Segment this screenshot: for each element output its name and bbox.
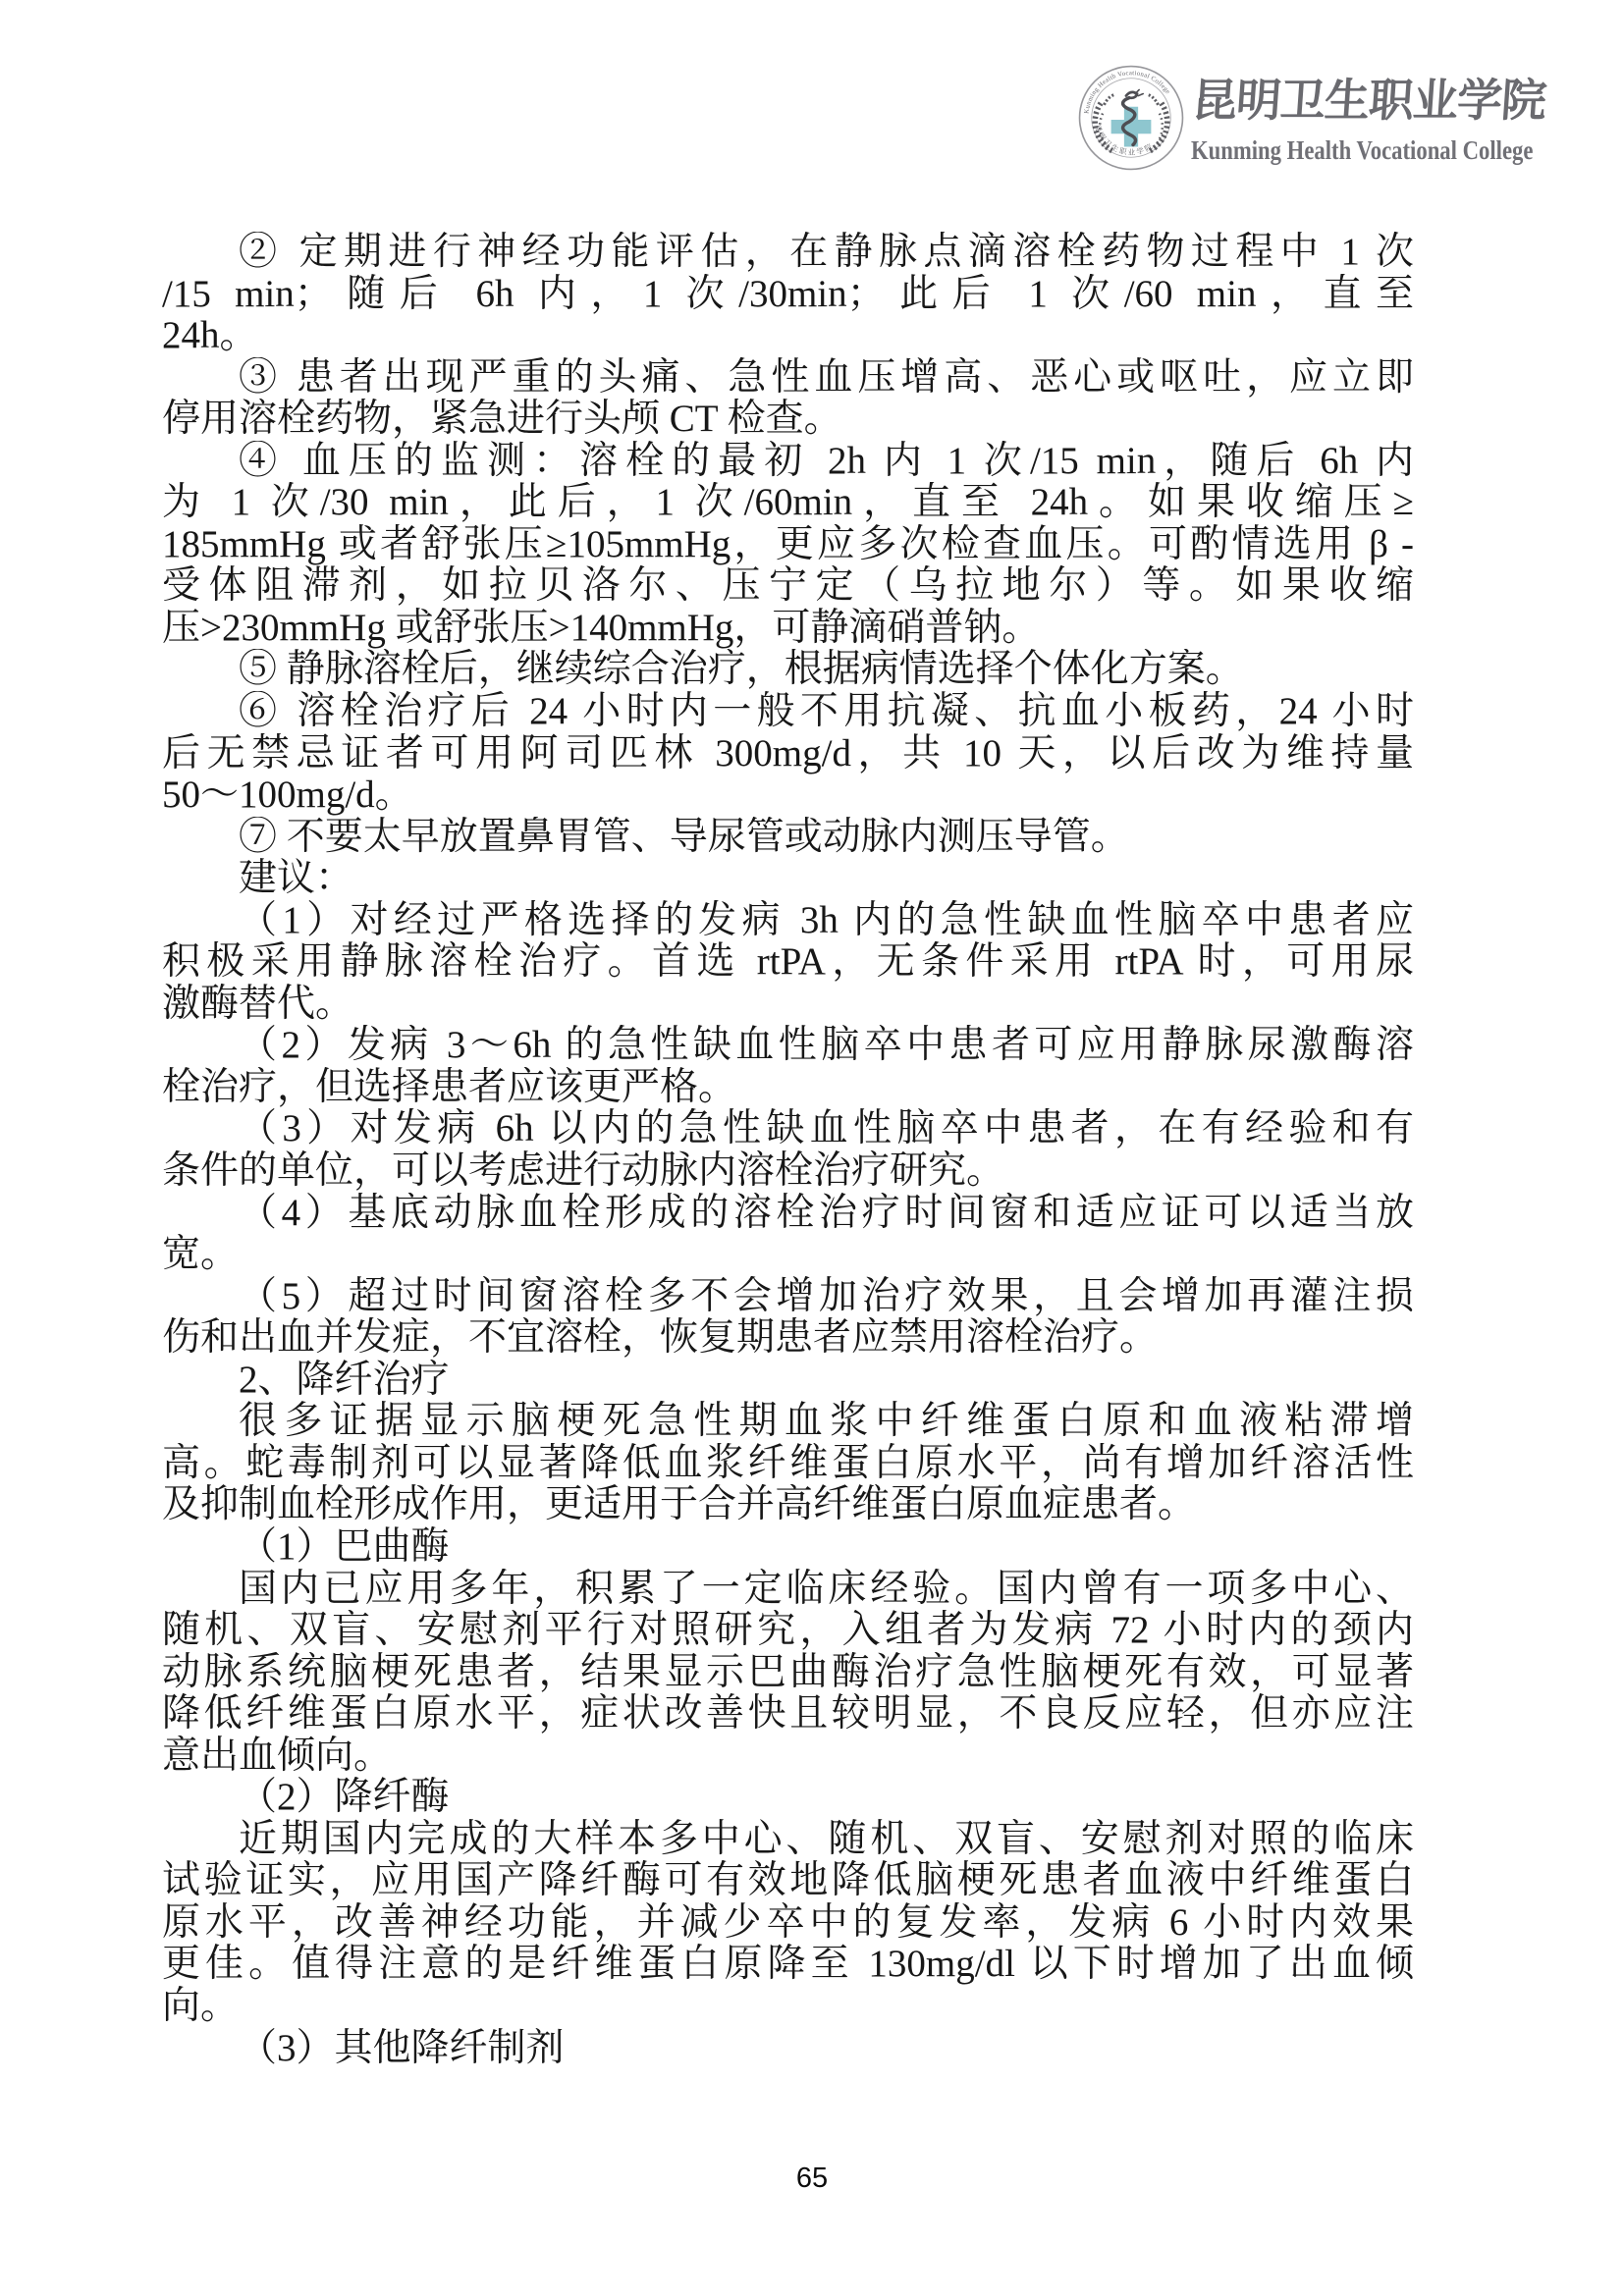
page-number: 65 <box>0 2163 1624 2195</box>
document-page: Kunming Health Vocational College 昆明卫生职业… <box>0 0 1624 2296</box>
text-line: ⑦ 不要太早放置鼻胃管、导尿管或动脉内测压导管。 <box>162 817 1414 859</box>
text-line: 高。蛇毒制剂可以显著降低血浆纤维蛋白原水平，尚有增加纤溶活性 <box>162 1443 1414 1485</box>
text-line: ② 定期进行神经功能评估，在静脉点滴溶栓药物过程中 1 次 <box>162 232 1414 274</box>
text-line: 宽。 <box>162 1234 1414 1276</box>
text-line: 建议： <box>162 858 1414 900</box>
text-line: 伤和出血并发症，不宜溶栓，恢复期患者应禁用溶栓治疗。 <box>162 1317 1414 1360</box>
text-line: 栓治疗，但选择患者应该更严格。 <box>162 1067 1414 1109</box>
text-line: 更佳。值得注意的是纤维蛋白原降至 130mg/dl 以下时增加了出血倾 <box>162 1944 1414 1986</box>
text-line: 后无禁忌证者可用阿司匹林 300mg/d，共 10 天，以后改为维持量 <box>162 733 1414 775</box>
text-line: 意出血倾向。 <box>162 1735 1414 1778</box>
text-line: 为 1 次/30 min，此后，1 次/60min，直至 24h。如果收缩压≥ <box>162 482 1414 524</box>
college-name-english: Kunming Health Vocational College <box>1191 133 1533 167</box>
text-block: ② 定期进行神经功能评估，在静脉点滴溶栓药物过程中 1 次/15 min；随后 … <box>162 232 1414 2069</box>
text-line: 2、降纤治疗 <box>162 1360 1414 1402</box>
college-logo: Kunming Health Vocational College 昆明卫生职业… <box>1078 65 1184 171</box>
text-line: 向。 <box>162 1986 1414 2028</box>
text-line: 50～100mg/d。 <box>162 774 1414 817</box>
college-name-chinese: 昆明卫生职业学院 <box>1190 73 1547 132</box>
text-line: ④ 血压的监测：溶栓的最初 2h 内 1 次/15 min，随后 6h 内 <box>162 441 1414 483</box>
text-line: 国内已应用多年，积累了一定临床经验。国内曾有一项多中心、 <box>162 1569 1414 1611</box>
text-line: 试验证实，应用国产降纤酶可有效地降低脑梗死患者血液中纤维蛋白 <box>162 1860 1414 1902</box>
text-line: （4）基底动脉血栓形成的溶栓治疗时间窗和适应证可以适当放 <box>162 1193 1414 1235</box>
text-line: （2）发病 3～6h 的急性缺血性脑卒中患者可应用静脉尿激酶溶 <box>162 1025 1414 1067</box>
text-line: 185mmHg 或者舒张压≥105mmHg，更应多次检查血压。可酌情选用 β - <box>162 524 1414 566</box>
text-line: （3）对发病 6h 以内的急性缺血性脑卒中患者，在有经验和有 <box>162 1108 1414 1150</box>
text-line: 停用溶栓药物，紧急进行头颅 CT 检查。 <box>162 399 1414 441</box>
text-line: /15 min；随后 6h 内，1 次/30min；此后 1 次/60 min，… <box>162 274 1414 316</box>
text-line: 降低纤维蛋白原水平，症状改善快且较明显，不良反应轻，但亦应注 <box>162 1693 1414 1735</box>
text-line: 近期国内完成的大样本多中心、随机、双盲、安慰剂对照的临床 <box>162 1819 1414 1861</box>
text-line: 受体阻滞剂，如拉贝洛尔、压宁定（乌拉地尔）等。如果收缩 <box>162 565 1414 608</box>
text-line: ⑥ 溶栓治疗后 24 小时内一般不用抗凝、抗血小板药，24 小时 <box>162 691 1414 733</box>
text-line: 及抑制血栓形成作用，更适用于合并高纤维蛋白原血症患者。 <box>162 1484 1414 1526</box>
text-line: 动脉系统脑梗死患者，结果显示巴曲酶治疗急性脑梗死有效，可显著 <box>162 1652 1414 1694</box>
text-line: ⑤ 静脉溶栓后，继续综合治疗，根据病情选择个体化方案。 <box>162 649 1414 691</box>
text-line: 很多证据显示脑梗死急性期血浆中纤维蛋白原和血液粘滞增 <box>162 1401 1414 1443</box>
text-line: （5）超过时间窗溶栓多不会增加治疗效果，且会增加再灌注损 <box>162 1276 1414 1318</box>
text-line: 24h。 <box>162 315 1414 357</box>
text-line: 条件的单位，可以考虑进行动脉内溶栓治疗研究。 <box>162 1150 1414 1193</box>
text-line: （1）巴曲酶 <box>162 1526 1414 1569</box>
text-line: 激酶替代。 <box>162 984 1414 1026</box>
text-line: ③ 患者出现严重的头痛、急性血压增高、恶心或呕吐，应立即 <box>162 357 1414 400</box>
text-line: （2）降纤酶 <box>162 1777 1414 1819</box>
text-line: （1）对经过严格选择的发病 3h 内的急性缺血性脑卒中患者应 <box>162 900 1414 942</box>
text-line: 积极采用静脉溶栓治疗。首选 rtPA，无条件采用 rtPA 时，可用尿 <box>162 941 1414 984</box>
text-line: 随机、双盲、安慰剂平行对照研究，入组者为发病 72 小时内的颈内 <box>162 1610 1414 1652</box>
text-line: 压>230mmHg 或舒张压>140mmHg，可静滴硝普钠。 <box>162 608 1414 650</box>
text-line: （3）其他降纤制剂 <box>162 2028 1414 2070</box>
text-line: 原水平，改善神经功能，并减少卒中的复发率，发病 6 小时内效果 <box>162 1902 1414 1945</box>
